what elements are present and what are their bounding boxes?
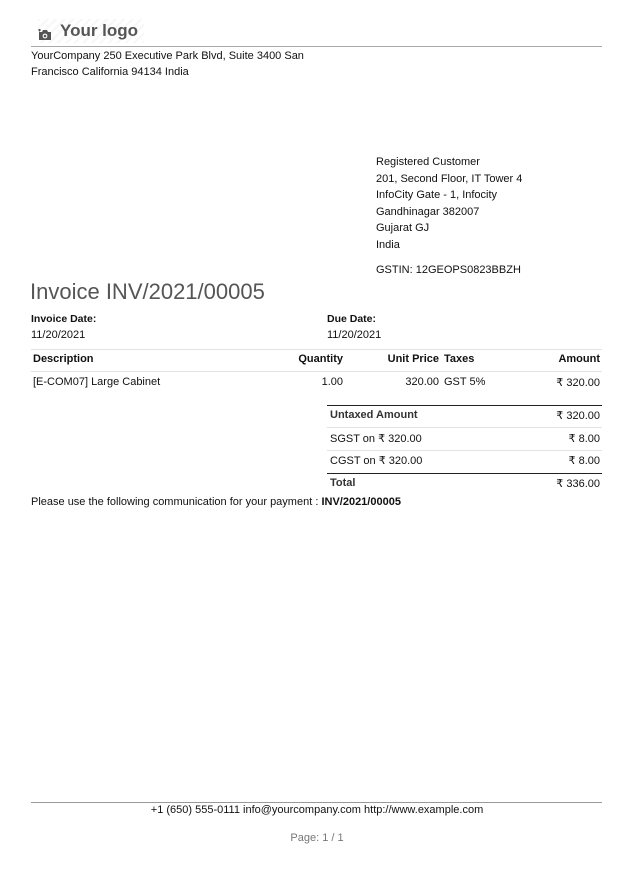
untaxed-value: ₹ 320.00 (500, 409, 600, 422)
customer-line: Gandhinagar 382007 (376, 204, 522, 221)
sgst-label: SGST on ₹ 320.00 (330, 432, 422, 445)
payment-communication: Please use the following communication f… (31, 496, 401, 508)
invoice-title: Invoice INV/2021/00005 (30, 279, 265, 305)
total-value: ₹ 336.00 (500, 477, 600, 490)
payment-reference: INV/2021/00005 (321, 496, 401, 508)
totals-divider (327, 450, 602, 451)
invoice-date: 11/20/2021 (31, 329, 85, 341)
line-amount: ₹ 320.00 (500, 376, 600, 389)
footer-contact: +1 (650) 555-0111 info@yourcompany.com h… (0, 804, 634, 816)
customer-line: Gujarat GJ (376, 220, 522, 237)
col-taxes: Taxes (444, 353, 474, 365)
total-divider (327, 473, 602, 474)
totals-top-divider (327, 405, 602, 406)
invoice-date-label: Invoice Date: (31, 313, 96, 325)
camera-icon (38, 26, 52, 37)
untaxed-label: Untaxed Amount (330, 409, 418, 421)
col-quantity: Quantity (283, 353, 343, 365)
line-quantity: 1.00 (283, 376, 343, 388)
company-logo: Your logo (38, 19, 144, 43)
customer-address: Registered Customer 201, Second Floor, I… (376, 154, 522, 253)
due-date-label: Due Date: (327, 313, 376, 325)
company-address: YourCompany 250 Executive Park Blvd, Sui… (31, 48, 311, 80)
customer-line: Registered Customer (376, 154, 522, 171)
cgst-label: CGST on ₹ 320.00 (330, 454, 422, 467)
line-taxes: GST 5% (444, 376, 485, 388)
due-date: 11/20/2021 (327, 329, 381, 341)
page-number: Page: 1 / 1 (0, 832, 634, 844)
customer-gstin: GSTIN: 12GEOPS0823BBZH (376, 264, 521, 276)
payment-text: Please use the following communication f… (31, 496, 321, 508)
header-divider (31, 46, 602, 47)
company-address-line: Francisco California 94134 India (31, 64, 311, 80)
footer-divider (31, 802, 602, 803)
logo-text: Your logo (60, 21, 138, 41)
col-description: Description (33, 353, 94, 365)
sgst-value: ₹ 8.00 (500, 432, 600, 445)
totals-divider (327, 427, 602, 428)
total-label: Total (330, 477, 355, 489)
col-unit-price: Unit Price (370, 353, 439, 365)
customer-line: India (376, 237, 522, 254)
line-unit-price: 320.00 (370, 376, 439, 388)
header-row-divider (31, 371, 602, 372)
customer-line: 201, Second Floor, IT Tower 4 (376, 171, 522, 188)
col-amount: Amount (520, 353, 600, 365)
line-description: [E-COM07] Large Cabinet (33, 376, 160, 388)
table-top-divider (31, 349, 602, 350)
cgst-value: ₹ 8.00 (500, 454, 600, 467)
company-address-line: YourCompany 250 Executive Park Blvd, Sui… (31, 48, 311, 64)
customer-line: InfoCity Gate - 1, Infocity (376, 187, 522, 204)
